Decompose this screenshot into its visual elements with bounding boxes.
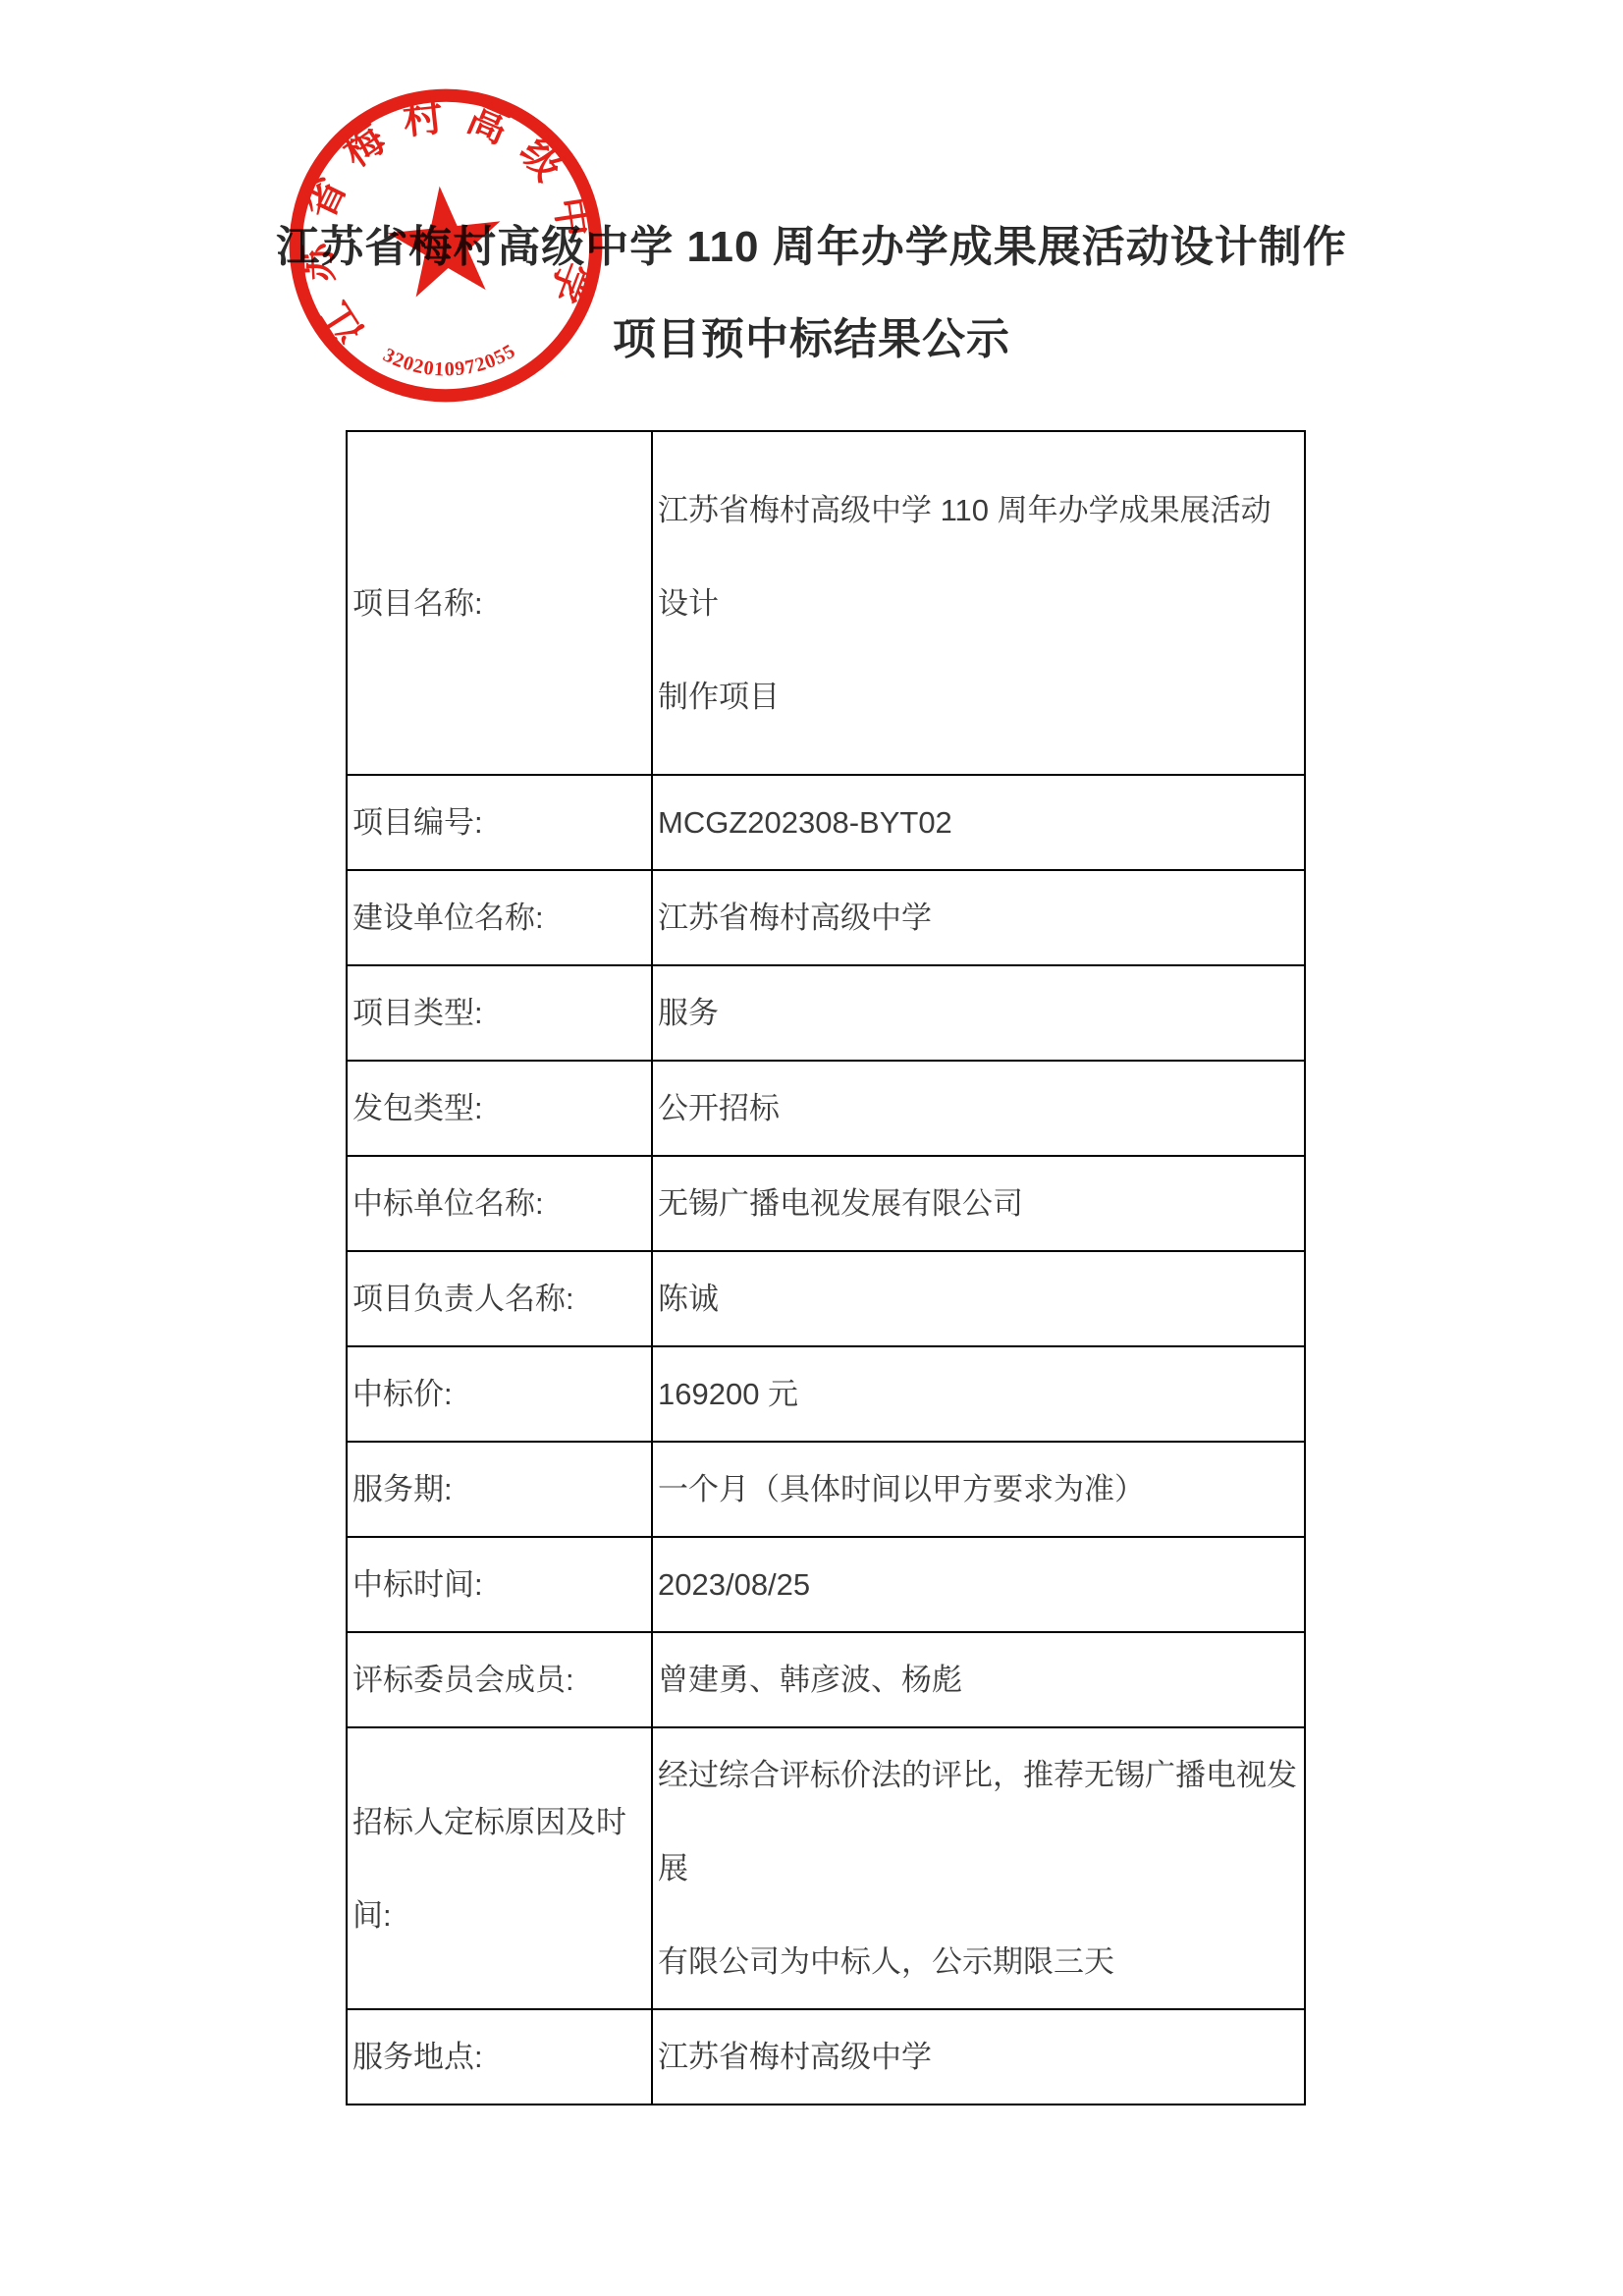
row-value-cell: 169200 元 [652, 1346, 1305, 1442]
announcement-table: 项目名称: 江苏省梅村高级中学 110 周年办学成果展活动设计 制作项目 项目编… [346, 430, 1306, 2105]
row-label-cell: 招标人定标原因及时 间: [347, 1727, 652, 2009]
row-value-cell: 服务 [652, 965, 1305, 1061]
table-row: 中标时间: 2023/08/25 [347, 1537, 1305, 1632]
row-value-cell: 2023/08/25 [652, 1537, 1305, 1632]
row-label-cell: 项目名称: [347, 431, 652, 775]
row-label-cell: 项目类型: [347, 965, 652, 1061]
table-row: 项目编号: MCGZ202308-BYT02 [347, 775, 1305, 870]
row-label-cell: 项目编号: [347, 775, 652, 870]
row-value-cell: MCGZ202308-BYT02 [652, 775, 1305, 870]
table-row: 评标委员会成员: 曾建勇、韩彦波、杨彪 [347, 1632, 1305, 1727]
table-row: 中标价: 169200 元 [347, 1346, 1305, 1442]
row-label-cell: 中标单位名称: [347, 1156, 652, 1251]
row-label-cell: 项目负责人名称: [347, 1251, 652, 1346]
row-value-cell: 曾建勇、韩彦波、杨彪 [652, 1632, 1305, 1727]
table-row: 招标人定标原因及时 间: 经过综合评标价法的评比，推荐无锡广播电视发展 有限公司… [347, 1727, 1305, 2009]
table-row: 项目类型: 服务 [347, 965, 1305, 1061]
document-title: 江苏省梅村高级中学 110 周年办学成果展活动设计制作 项目预中标结果公示 [0, 201, 1623, 386]
row-label-cell: 建设单位名称: [347, 870, 652, 965]
table-row: 中标单位名称: 无锡广播电视发展有限公司 [347, 1156, 1305, 1251]
row-label-cell: 中标价: [347, 1346, 652, 1442]
table-row: 项目负责人名称: 陈诚 [347, 1251, 1305, 1346]
table-row: 建设单位名称: 江苏省梅村高级中学 [347, 870, 1305, 965]
table-row: 发包类型: 公开招标 [347, 1061, 1305, 1156]
table-row: 项目名称: 江苏省梅村高级中学 110 周年办学成果展活动设计 制作项目 [347, 431, 1305, 775]
row-value-cell: 江苏省梅村高级中学 [652, 2009, 1305, 2105]
table-row: 服务期: 一个月（具体时间以甲方要求为准） [347, 1442, 1305, 1537]
row-value-cell: 无锡广播电视发展有限公司 [652, 1156, 1305, 1251]
title-line-1: 江苏省梅村高级中学 110 周年办学成果展活动设计制作 [0, 201, 1623, 294]
row-label-cell: 服务地点: [347, 2009, 652, 2105]
row-value-cell: 一个月（具体时间以甲方要求为准） [652, 1442, 1305, 1537]
row-value-cell: 江苏省梅村高级中学 [652, 870, 1305, 965]
row-value-cell: 江苏省梅村高级中学 110 周年办学成果展活动设计 制作项目 [652, 431, 1305, 775]
title-line-2: 项目预中标结果公示 [0, 294, 1623, 386]
row-value-cell: 陈诚 [652, 1251, 1305, 1346]
row-label-cell: 评标委员会成员: [347, 1632, 652, 1727]
document-page: 江苏省梅村高级中学 3202010972055 江苏省梅村高级中学 110 周年… [0, 0, 1623, 2296]
row-label-cell: 服务期: [347, 1442, 652, 1537]
row-label-cell: 发包类型: [347, 1061, 652, 1156]
row-value-cell: 经过综合评标价法的评比，推荐无锡广播电视发展 有限公司为中标人，公示期限三天 [652, 1727, 1305, 2009]
row-value-cell: 公开招标 [652, 1061, 1305, 1156]
row-label-cell: 中标时间: [347, 1537, 652, 1632]
table-row: 服务地点: 江苏省梅村高级中学 [347, 2009, 1305, 2105]
